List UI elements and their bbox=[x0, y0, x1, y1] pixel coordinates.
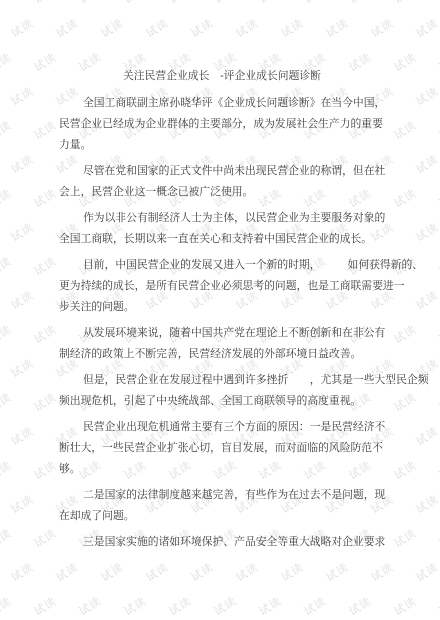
trial-read-watermark: 试读 bbox=[436, 593, 440, 619]
text-line: 民营企业已经成为企业群体的主要部分，成为发展社会生产力的重要 bbox=[59, 114, 385, 135]
trial-read-watermark: 试读 bbox=[8, 287, 37, 313]
trial-read-watermark: 试读 bbox=[31, 253, 60, 279]
trial-read-watermark: 试读 bbox=[436, 185, 440, 211]
trial-read-watermark: 试读 bbox=[31, 185, 60, 211]
text-line: 制经济的政策上不断完善，民营经济发展的外部环境日益改善。 bbox=[59, 344, 385, 365]
trial-read-watermark: 试读 bbox=[0, 525, 14, 551]
paragraph: 民营企业出现危机通常主要有三个方面的原因：一是民营经济不断壮大，一些民营企业扩张… bbox=[59, 417, 385, 480]
text-line: 在却成了问题。 bbox=[59, 506, 385, 527]
trial-read-watermark: 试读 bbox=[8, 151, 37, 177]
trial-read-watermark: 试读 bbox=[436, 0, 440, 7]
text-line: 全国工商联，长期以来一直在关心和支持着中国民营企业的成长。 bbox=[59, 229, 385, 250]
trial-read-watermark: 试读 bbox=[413, 491, 440, 517]
trial-read-watermark: 试读 bbox=[0, 0, 14, 7]
trial-read-watermark: 试读 bbox=[0, 185, 14, 211]
trial-read-watermark: 试读 bbox=[0, 117, 14, 143]
trial-read-watermark: 试读 bbox=[166, 593, 195, 619]
trial-read-watermark: 试读 bbox=[436, 321, 440, 347]
trial-read-watermark: 试读 bbox=[211, 0, 240, 7]
trial-read-watermark: 试读 bbox=[8, 423, 37, 449]
document-content: 关注民营企业成长 -评企业成长问题诊断 全国工商联副主席孙晓华评《企业成长问题诊… bbox=[59, 66, 385, 558]
text-line: 从发展环境来说，随着中国共产党在理论上不断创新和在非公有 bbox=[59, 323, 385, 344]
paragraph: 目前，中国民营企业的发展又进入一个新的时期， 如何获得新的、更为持续的成长，是所… bbox=[59, 255, 385, 318]
trial-read-watermark: 试读 bbox=[0, 457, 14, 483]
document-title: 关注民营企业成长 -评企业成长问题诊断 bbox=[59, 66, 385, 87]
document-page: 试读试读试读试读试读试读试读试读试读试读试读试读试读试读试读试读试读试读试读试读… bbox=[0, 0, 440, 620]
trial-read-watermark: 试读 bbox=[188, 15, 217, 41]
trial-read-watermark: 试读 bbox=[233, 15, 262, 41]
paragraph: 二是国家的法律制度越来越完善，有些作为在过去不是问题，现在却成了问题。 bbox=[59, 485, 385, 527]
trial-read-watermark: 试读 bbox=[31, 321, 60, 347]
trial-read-watermark: 试读 bbox=[0, 321, 14, 347]
text-line: 作为以非公有制经济人士为主体，以民营企业为主要服务对象的 bbox=[59, 208, 385, 229]
text-line: 二是国家的法律制度越来越完善，有些作为在过去不是问题，现 bbox=[59, 485, 385, 506]
trial-read-watermark: 试读 bbox=[436, 49, 440, 75]
trial-read-watermark: 试读 bbox=[413, 83, 440, 109]
trial-read-watermark: 试读 bbox=[391, 185, 420, 211]
trial-read-watermark: 试读 bbox=[31, 49, 60, 75]
trial-read-watermark: 试读 bbox=[278, 15, 307, 41]
text-line: 尽管在党和国家的正式文件中尚未出现民营企业的称谓，但在社 bbox=[59, 161, 385, 182]
text-line: 会上，民营企业这一概念已被广泛使用。 bbox=[59, 182, 385, 203]
trial-read-watermark: 试读 bbox=[8, 219, 37, 245]
trial-read-watermark: 试读 bbox=[188, 559, 217, 585]
text-line: 三是国家实施的诸如环境保护、产品安全等重大战略对企业要求 bbox=[59, 532, 385, 553]
trial-read-watermark: 试读 bbox=[31, 593, 60, 619]
trial-read-watermark: 试读 bbox=[31, 117, 60, 143]
trial-read-watermark: 试读 bbox=[391, 525, 420, 551]
paragraph: 全国工商联副主席孙晓华评《企业成长问题诊断》在当今中国，民营企业已经成为企业群体… bbox=[59, 93, 385, 156]
trial-read-watermark: 试读 bbox=[413, 15, 440, 41]
trial-read-watermark: 试读 bbox=[233, 559, 262, 585]
trial-read-watermark: 试读 bbox=[346, 593, 375, 619]
paragraph: 尽管在党和国家的正式文件中尚未出现民营企业的称谓，但在社会上，民营企业这一概念已… bbox=[59, 161, 385, 203]
trial-read-watermark: 试读 bbox=[323, 559, 352, 585]
text-line: 够。 bbox=[59, 459, 385, 480]
trial-read-watermark: 试读 bbox=[76, 593, 105, 619]
text-line: 力量。 bbox=[59, 135, 385, 156]
trial-read-watermark: 试读 bbox=[8, 559, 37, 585]
trial-read-watermark: 试读 bbox=[413, 287, 440, 313]
text-line: 目前，中国民营企业的发展又进入一个新的时期， 如何获得新的、 bbox=[59, 255, 385, 276]
trial-read-watermark: 试读 bbox=[256, 593, 285, 619]
trial-read-watermark: 试读 bbox=[8, 15, 37, 41]
trial-read-watermark: 试读 bbox=[436, 525, 440, 551]
trial-read-watermark: 试读 bbox=[346, 0, 375, 7]
trial-read-watermark: 试读 bbox=[391, 457, 420, 483]
trial-read-watermark: 试读 bbox=[391, 389, 420, 415]
paragraph: 但是，民营企业在发展过程中遇到许多挫折 ，尤其是一些大型民企频频出现危机，引起了… bbox=[59, 370, 385, 412]
trial-read-watermark: 试读 bbox=[76, 0, 105, 7]
trial-read-watermark: 试读 bbox=[0, 389, 14, 415]
trial-read-watermark: 试读 bbox=[413, 559, 440, 585]
trial-read-watermark: 试读 bbox=[31, 525, 60, 551]
trial-read-watermark: 试读 bbox=[256, 0, 285, 7]
trial-read-watermark: 试读 bbox=[391, 117, 420, 143]
trial-read-watermark: 试读 bbox=[436, 117, 440, 143]
trial-read-watermark: 试读 bbox=[436, 457, 440, 483]
trial-read-watermark: 试读 bbox=[278, 559, 307, 585]
trial-read-watermark: 试读 bbox=[323, 15, 352, 41]
trial-read-watermark: 试读 bbox=[166, 0, 195, 7]
paragraph: 三是国家实施的诸如环境保护、产品安全等重大战略对企业要求 bbox=[59, 532, 385, 553]
trial-read-watermark: 试读 bbox=[391, 0, 420, 7]
trial-read-watermark: 试读 bbox=[31, 457, 60, 483]
trial-read-watermark: 试读 bbox=[301, 593, 330, 619]
trial-read-watermark: 试读 bbox=[368, 559, 397, 585]
trial-read-watermark: 试读 bbox=[143, 559, 172, 585]
trial-read-watermark: 试读 bbox=[53, 15, 82, 41]
text-line: 全国工商联副主席孙晓华评《企业成长问题诊断》在当今中国， bbox=[59, 93, 385, 114]
trial-read-watermark: 试读 bbox=[0, 253, 14, 279]
text-line: 民营企业出现危机通常主要有三个方面的原因：一是民营经济不 bbox=[59, 417, 385, 438]
trial-read-watermark: 试读 bbox=[413, 151, 440, 177]
paragraph: 从发展环境来说，随着中国共产党在理论上不断创新和在非公有制经济的政策上不断完善，… bbox=[59, 323, 385, 365]
trial-read-watermark: 试读 bbox=[211, 593, 240, 619]
text-line: 更为持续的成长，是所有民营企业必须思考的问题，也是工商联需要进一 bbox=[59, 276, 385, 297]
trial-read-watermark: 试读 bbox=[436, 253, 440, 279]
trial-read-watermark: 试读 bbox=[8, 83, 37, 109]
text-line: 步关注的问题。 bbox=[59, 297, 385, 318]
trial-read-watermark: 试读 bbox=[8, 491, 37, 517]
trial-read-watermark: 试读 bbox=[53, 559, 82, 585]
trial-read-watermark: 试读 bbox=[0, 49, 14, 75]
trial-read-watermark: 试读 bbox=[98, 15, 127, 41]
text-line: 但是，民营企业在发展过程中遇到许多挫折 ，尤其是一些大型民企频 bbox=[59, 370, 385, 391]
trial-read-watermark: 试读 bbox=[121, 0, 150, 7]
trial-read-watermark: 试读 bbox=[143, 15, 172, 41]
trial-read-watermark: 试读 bbox=[8, 355, 37, 381]
trial-read-watermark: 试读 bbox=[0, 593, 14, 619]
trial-read-watermark: 试读 bbox=[301, 0, 330, 7]
document-body: 全国工商联副主席孙晓华评《企业成长问题诊断》在当今中国，民营企业已经成为企业群体… bbox=[59, 93, 385, 553]
trial-read-watermark: 试读 bbox=[391, 593, 420, 619]
paragraph: 作为以非公有制经济人士为主体，以民营企业为主要服务对象的全国工商联，长期以来一直… bbox=[59, 208, 385, 250]
trial-read-watermark: 试读 bbox=[436, 389, 440, 415]
text-line: 频出现危机，引起了中央统战部、全国工商联领导的高度重视。 bbox=[59, 391, 385, 412]
trial-read-watermark: 试读 bbox=[31, 0, 60, 7]
trial-read-watermark: 试读 bbox=[98, 559, 127, 585]
trial-read-watermark: 试读 bbox=[391, 321, 420, 347]
trial-read-watermark: 试读 bbox=[121, 593, 150, 619]
trial-read-watermark: 试读 bbox=[368, 15, 397, 41]
trial-read-watermark: 试读 bbox=[413, 423, 440, 449]
text-line: 断壮大，一些民营企业扩张心切，盲目发展，而对面临的风险防范不 bbox=[59, 438, 385, 459]
trial-read-watermark: 试读 bbox=[391, 49, 420, 75]
trial-read-watermark: 试读 bbox=[31, 389, 60, 415]
trial-read-watermark: 试读 bbox=[413, 219, 440, 245]
